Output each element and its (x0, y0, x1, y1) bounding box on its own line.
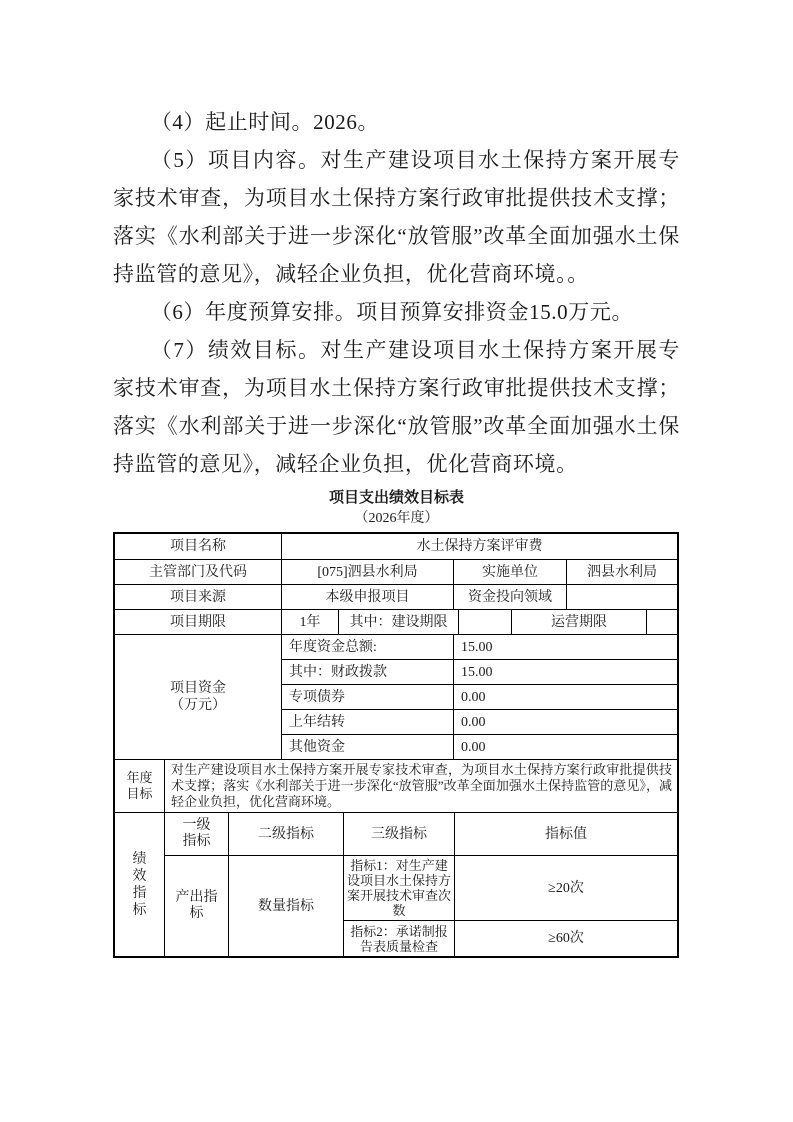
funds-row-total: 年度资金总额: 15.00 (282, 635, 677, 660)
paragraph-project-content: （5）项目内容。对生产建设项目水土保持方案开展专家技术审查，为项目水土保持方案行… (113, 141, 680, 293)
perf-columns: 一级指标 二级指标 三级指标 指标值 产出指标 数量指标 指标1： (165, 813, 677, 956)
funds-row-other: 其他资金 0.00 (282, 735, 677, 760)
cell-indicator1-name: 指标1：对生产建设项目水土保持方案开展技术审查次数 (344, 856, 455, 921)
indicator-row-2: 指标2：承诺制报告表质量检查 ≥60次 (344, 921, 677, 956)
row-annual-goal: 年度目标 对生产建设项目水土保持方案开展专家技术审查，为项目水土保持方案行政审批… (115, 760, 677, 813)
cell-funds-bond-value: 0.00 (454, 685, 677, 710)
cell-dept-label: 主管部门及代码 (115, 560, 282, 585)
cell-construction-period-value (459, 610, 512, 635)
cell-fund-field-value (567, 585, 677, 610)
cell-funds-total-label: 年度资金总额: (282, 635, 454, 660)
table-title: 项目支出绩效目标表 (113, 489, 680, 508)
paragraph-start-end-time: （4）起止时间。2026。 (113, 103, 680, 141)
header-level2: 二级指标 (229, 813, 344, 856)
paragraph-performance-goal: （7）绩效目标。对生产建设项目水土保持方案开展专家技术审查，为项目水土保持方案行… (113, 331, 680, 483)
funds-row-bond: 专项债券 0.00 (282, 685, 677, 710)
funds-row-carryover: 上年结转 0.00 (282, 710, 677, 735)
cell-funds-fiscal-value: 15.00 (454, 660, 677, 685)
perf-header-row: 一级指标 二级指标 三级指标 指标值 (165, 813, 677, 856)
cell-period-label: 项目期限 (115, 610, 282, 635)
cell-project-name-label: 项目名称 (115, 534, 282, 560)
header-level3: 三级指标 (344, 813, 455, 856)
level1-text: 产出指标 (174, 890, 219, 922)
indicator-row-1: 指标1：对生产建设项目水土保持方案开展技术审查次数 ≥20次 (344, 856, 677, 921)
cell-project-name-value: 水土保持方案评审费 (282, 534, 677, 560)
document-content: （4）起止时间。2026。 （5）项目内容。对生产建设项目水土保持方案开展专家技… (0, 0, 793, 958)
performance-target-table: 项目名称 水土保持方案评审费 主管部门及代码 [075]泗县水利局 实施单位 泗… (113, 532, 679, 958)
cell-perf-label: 绩效指标 (115, 813, 165, 956)
row-department: 主管部门及代码 [075]泗县水利局 实施单位 泗县水利局 (115, 560, 677, 585)
cell-indicator2-name: 指标2：承诺制报告表质量检查 (344, 921, 455, 956)
header-value: 指标值 (455, 813, 677, 856)
cell-funds-carryover-label: 上年结转 (282, 710, 454, 735)
cell-indicator2-value: ≥60次 (455, 921, 677, 956)
cell-construction-period-label: 其中：建设期限 (339, 610, 459, 635)
cell-period-value: 1年 (282, 610, 339, 635)
funds-rows: 年度资金总额: 15.00 其中：财政拨款 15.00 专项债券 0.00 上年… (282, 635, 677, 760)
cell-annual-goal-label: 年度目标 (115, 760, 165, 813)
perf-label-text: 绩效指标 (131, 851, 147, 919)
cell-fund-field-label: 资金投向领域 (454, 585, 567, 610)
cell-source-value: 本级申报项目 (282, 585, 454, 610)
paragraph-annual-budget: （6）年度预算安排。项目预算安排资金15.0万元。 (113, 293, 680, 331)
cell-impl-unit-value: 泗县水利局 (567, 560, 677, 585)
header-level1: 一级指标 (165, 813, 229, 856)
cell-dept-value: [075]泗县水利局 (282, 560, 454, 585)
row-period: 项目期限 1年 其中：建设期限 运营期限 (115, 610, 677, 635)
cell-funds-carryover-value: 0.00 (454, 710, 677, 735)
cell-funds-label: 项目资金 （万元） (115, 635, 282, 760)
section-funds: 项目资金 （万元） 年度资金总额: 15.00 其中：财政拨款 15.00 专项… (115, 635, 677, 760)
cell-impl-unit-label: 实施单位 (454, 560, 567, 585)
cell-funds-total-value: 15.00 (454, 635, 677, 660)
funds-label-line2: （万元） (170, 697, 226, 714)
cell-level2-quantity: 数量指标 (229, 856, 344, 956)
funds-row-fiscal: 其中：财政拨款 15.00 (282, 660, 677, 685)
section-performance-indicators: 绩效指标 一级指标 二级指标 三级指标 指标值 产出指标 (115, 813, 677, 956)
cell-operation-period-label: 运营期限 (512, 610, 647, 635)
cell-funds-fiscal-label: 其中：财政拨款 (282, 660, 454, 685)
cell-indicator1-value: ≥20次 (455, 856, 677, 921)
header-level1-text: 一级指标 (181, 818, 212, 850)
cell-source-label: 项目来源 (115, 585, 282, 610)
table-subtitle: （2026年度） (113, 510, 680, 528)
cell-funds-bond-label: 专项债券 (282, 685, 454, 710)
cell-operation-period-value (647, 610, 677, 635)
annual-goal-label-text: 年度目标 (125, 770, 154, 802)
document-page: （4）起止时间。2026。 （5）项目内容。对生产建设项目水土保持方案开展专家技… (0, 0, 793, 1122)
funds-label-line1: 项目资金 (170, 680, 226, 697)
row-project-name: 项目名称 水土保持方案评审费 (115, 534, 677, 560)
cell-funds-other-label: 其他资金 (282, 735, 454, 760)
cell-level1-output: 产出指标 (165, 856, 229, 956)
row-source: 项目来源 本级申报项目 资金投向领域 (115, 585, 677, 610)
indicator-rows: 指标1：对生产建设项目水土保持方案开展技术审查次数 ≥20次 指标2：承诺制报告… (344, 856, 677, 956)
perf-body-row: 产出指标 数量指标 指标1：对生产建设项目水土保持方案开展技术审查次数 ≥20次… (165, 856, 677, 956)
cell-funds-other-value: 0.00 (454, 735, 677, 760)
cell-annual-goal-text: 对生产建设项目水土保持方案开展专家技术审查，为项目水土保持方案行政审批提供技术支… (165, 760, 677, 813)
